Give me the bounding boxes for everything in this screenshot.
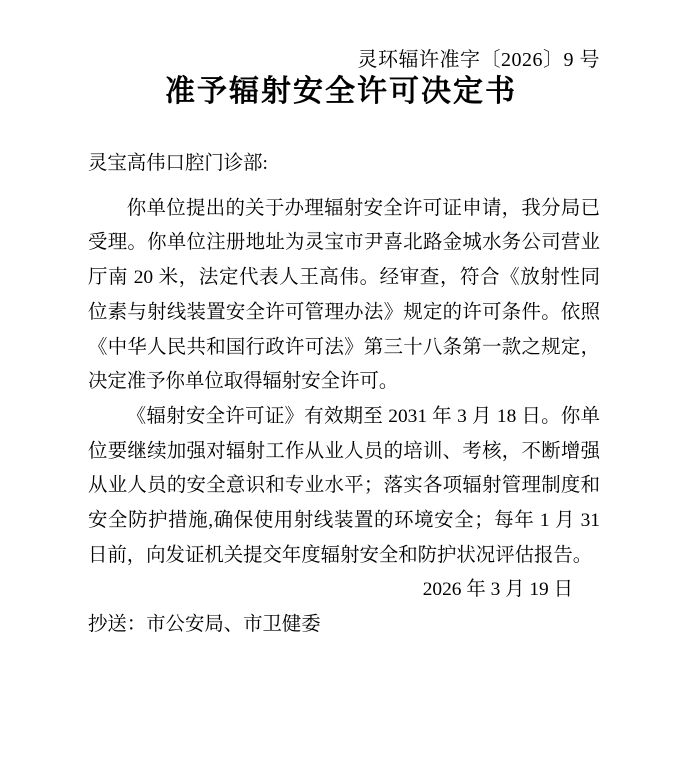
body-paragraph-2: 《辐射安全许可证》有效期至 2031 年 3 月 18 日。你单位要继续加强对辐… — [88, 400, 600, 574]
document-body: 灵宝高伟口腔门诊部: 你单位提出的关于办理辐射安全许可证申请，我分局已受理。你单… — [88, 147, 600, 643]
decision-document-page: 灵环辐许准字〔2026〕9 号 准予辐射安全许可决定书 灵宝高伟口腔门诊部: 你… — [0, 0, 682, 783]
cc-recipients-line: 抄送：市公安局、市卫健委 — [88, 608, 600, 643]
body-paragraph-1: 你单位提出的关于办理辐射安全许可证申请，我分局已受理。你单位注册地址为灵宝市尹喜… — [88, 192, 600, 400]
document-reference-number: 灵环辐许准字〔2026〕9 号 — [358, 47, 601, 73]
document-title: 准予辐射安全许可决定书 — [0, 71, 682, 113]
issue-date: 2026 年 3 月 19 日 — [88, 573, 600, 608]
addressee-line: 灵宝高伟口腔门诊部: — [88, 147, 600, 182]
